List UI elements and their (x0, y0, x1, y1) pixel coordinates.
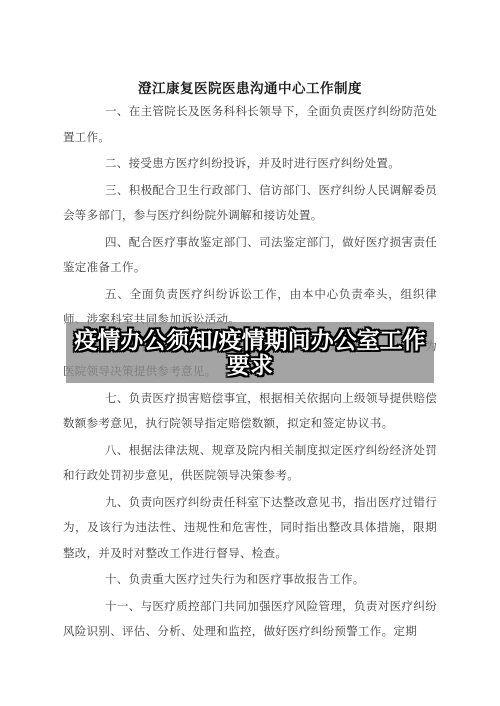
headline-overlay-banner: 疫情办公须知/疫情期间办公室工作 要求 (66, 322, 434, 383)
policy-item-4: 四、配合医疗事故鉴定部门、司法鉴定部门，做好医疗损害责任鉴定准备工作。 (63, 231, 437, 282)
policy-item-9: 九、负责向医疗纠纷责任科室下达整改意见书，指出医疗过错行为，及该行为违法性、违规… (63, 491, 437, 568)
document-page: 澄江康复医院医患沟通中心工作制度 一、在主管院长及医务科科长领导下，全面负责医疗… (0, 0, 500, 706)
policy-item-2: 二、接受患方医疗纠纷投诉，并及时进行医疗纠纷处置。 (63, 152, 437, 178)
policy-item-1: 一、在主管院长及医务科科长领导下，全面负责医疗纠纷防范处置工作。 (63, 100, 437, 151)
policy-item-11: 十一、与医疗质控部门共同加强医疗风险管理，负责对医疗纠纷风险识别、评估、分析、处… (63, 595, 437, 646)
document-title: 澄江康复医院医患沟通中心工作制度 (63, 77, 437, 97)
headline-overlay-line1: 疫情办公须知/疫情期间办公室工作 (74, 328, 425, 353)
policy-item-8: 八、根据法律法规、规章及院内相关制度拟定医疗纠纷经济处罚和行政处罚初步意见，供医… (63, 439, 437, 490)
policy-item-3: 三、积极配合卫生行政部门、信访部门、医疗纠纷人民调解委员会等多部门，参与医疗纠纷… (63, 179, 437, 230)
policy-item-7: 七、负责医疗损害赔偿事宜，根据相关依据向上级领导提供赔偿数额参考意见，执行院领导… (63, 387, 437, 438)
policy-item-10: 十、负责重大医疗过失行为和医疗事故报告工作。 (63, 568, 437, 594)
headline-overlay-line2: 要求 (227, 353, 273, 378)
